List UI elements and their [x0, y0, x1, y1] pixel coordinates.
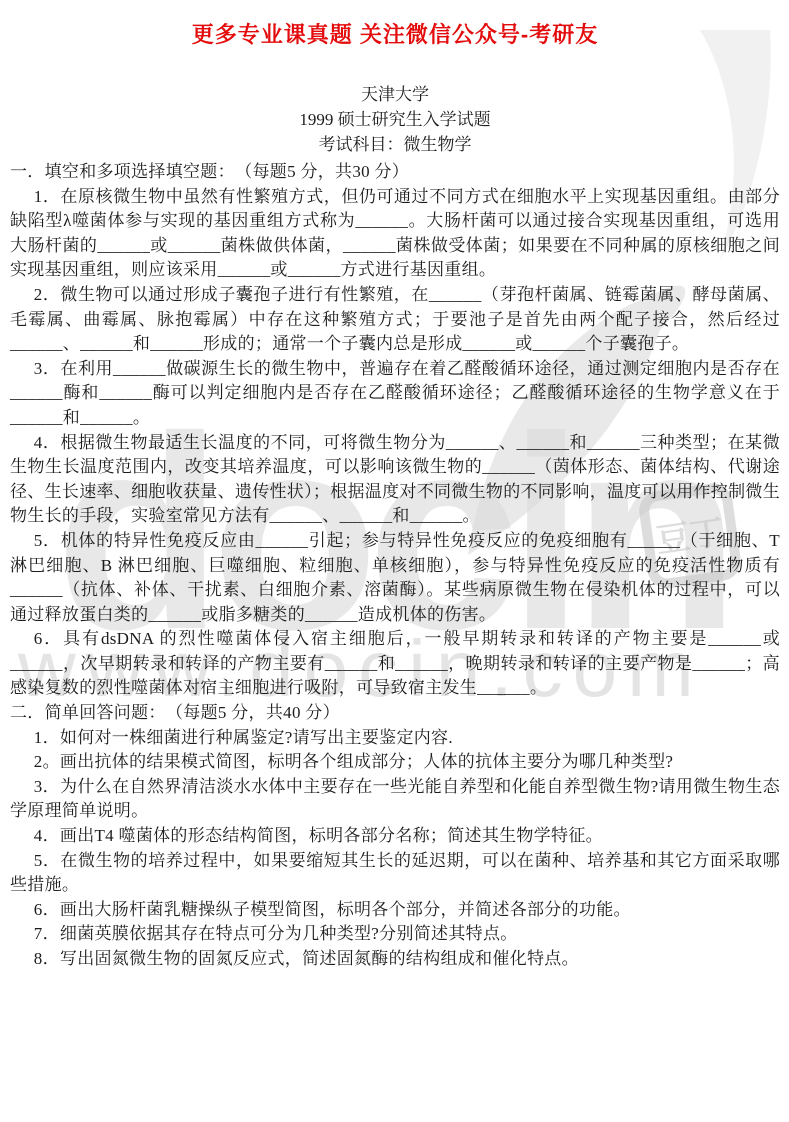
section1-heading: 一．填空和多项选择填空题： （每题5 分，共30 分） [10, 160, 780, 185]
title-block: 天津大学 1999 硕士研究生入学试题 考试科目：微生物学 [10, 82, 780, 157]
exam-page: docin 豆丁 www.docin.com 更多专业课真题 关注微信公众号-考… [0, 0, 789, 1122]
exam-title: 1999 硕士研究生入学试题 [10, 107, 780, 132]
subject-line: 考试科目：微生物学 [10, 132, 780, 157]
document-content: 更多专业课真题 关注微信公众号-考研友 天津大学 1999 硕士研究生入学试题 … [0, 0, 789, 972]
section1-question-5: 5．机体的特异性免疫反应由______引起；参与特异性免疫反应的免疫细胞有___… [10, 529, 780, 627]
section1-question-3: 3．在利用______做碳源生长的微生物中，普遍存在着乙醛酸循环途径，通过测定细… [10, 357, 780, 431]
section2-question-2: 2。画出抗体的结果模式简图，标明各个组成部分；人体的抗体主要分为哪几种类型? [10, 750, 780, 775]
section2-question-4: 4．画出T4 噬菌体的形态结构简图，标明各部分名称；简述其生物学特征。 [10, 824, 780, 849]
section1-question-4: 4．根据微生物最适生长温度的不同，可将微生物分为______、______和__… [10, 431, 780, 529]
section2-question-3: 3．为什么在自然界清洁淡水水体中主要存在一些光能自养型和化能自养型微生物?请用微… [10, 775, 780, 824]
section1-question-6: 6．具有dsDNA 的烈性噬菌体侵入宿主细胞后，一般早期转录和转译的产物主要是_… [10, 627, 780, 701]
section2-question-7: 7．细菌英膜依据其存在特点可分为几种类型?分别简述其特点。 [10, 922, 780, 947]
promo-banner: 更多专业课真题 关注微信公众号-考研友 [10, 18, 780, 49]
section2-question-8: 8．写出固氮微生物的固氮反应式，简述固氮酶的结构组成和催化特点。 [10, 947, 780, 972]
section2-question-1: 1．如何对一株细菌进行种属鉴定?请写出主要鉴定内容. [10, 726, 780, 751]
section2-question-6: 6．画出大肠杆菌乳糖操纵子模型简图，标明各个部分，并简述各部分的功能。 [10, 898, 780, 923]
section2-question-5: 5．在微生物的培养过程中，如果要缩短其生长的延迟期，可以在菌种、培养基和其它方面… [10, 849, 780, 898]
section2-heading: 二．简单回答问题： （每题5 分，共40 分） [10, 701, 780, 726]
section1-question-1: 1．在原核微生物中虽然有性繁殖方式，但仍可通过不同方式在细胞水平上实现基因重组。… [10, 185, 780, 283]
exam-body: 一．填空和多项选择填空题： （每题5 分，共30 分） 1．在原核微生物中虽然有… [10, 160, 780, 972]
university-title: 天津大学 [10, 82, 780, 107]
section1-question-2: 2．微生物可以通过形成子囊孢子进行有性繁殖，在______（芽孢杆菌属、链霉菌属… [10, 283, 780, 357]
